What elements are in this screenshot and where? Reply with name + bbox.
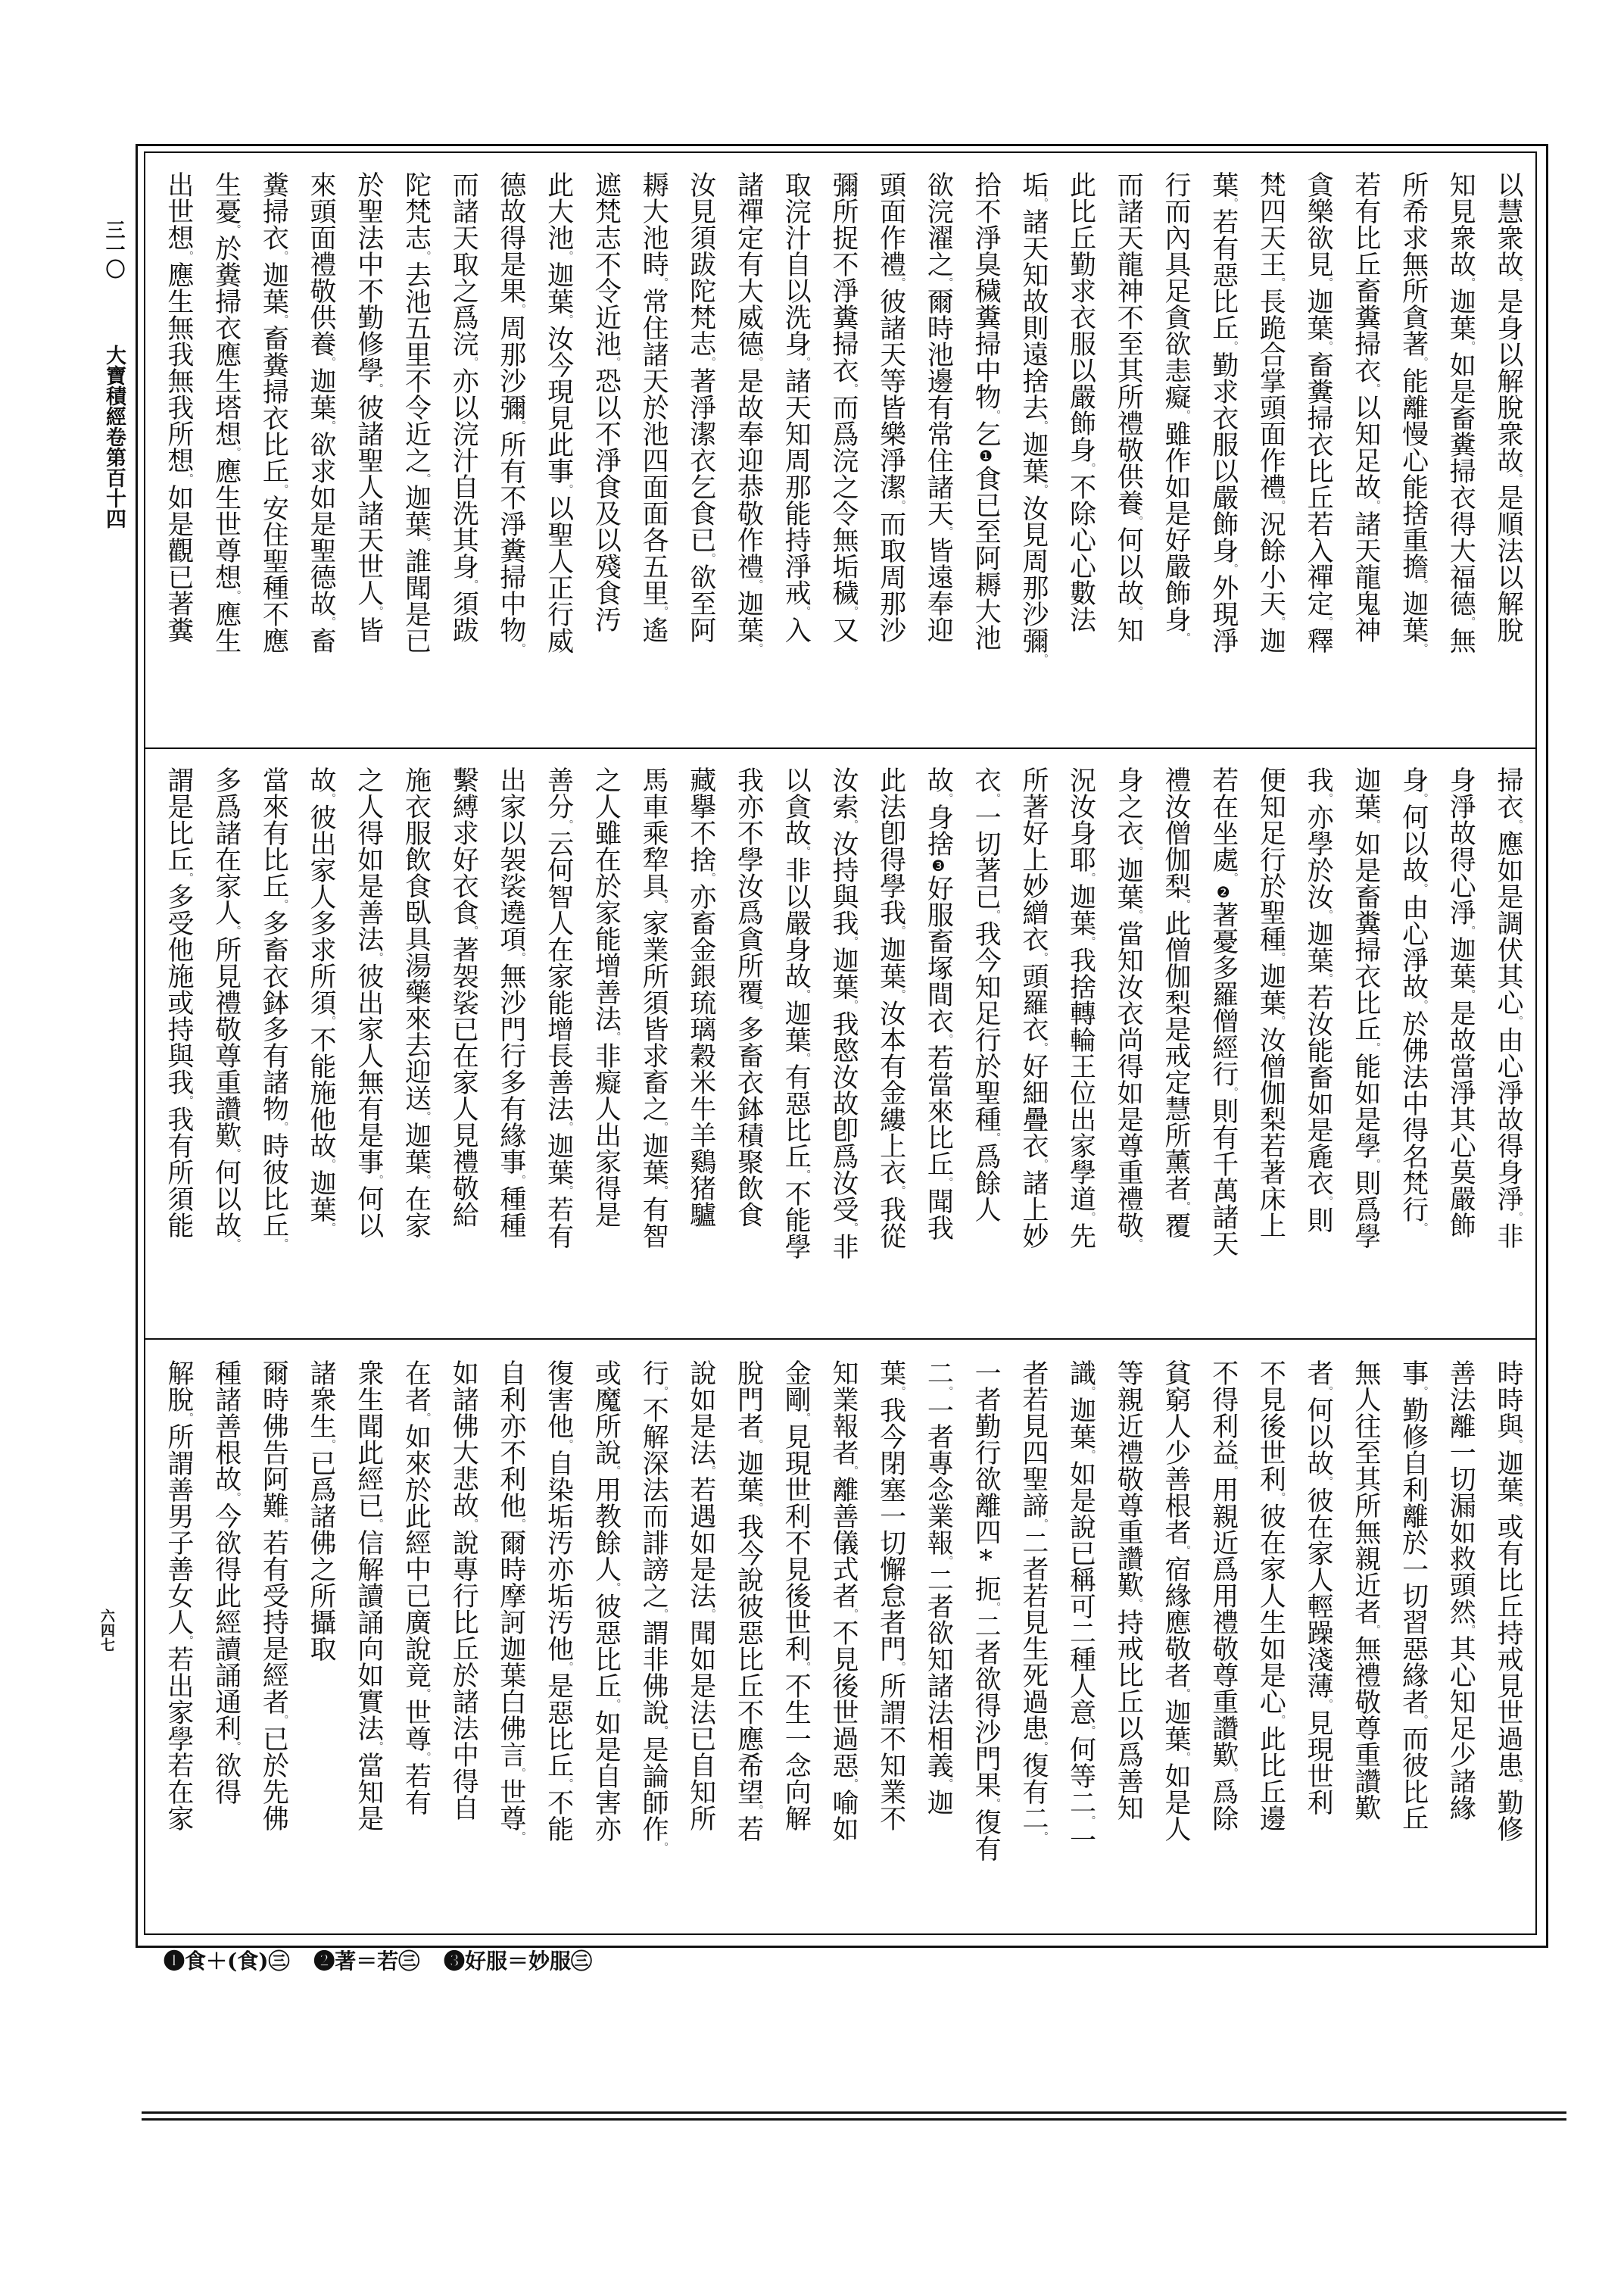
text-column: 謂是比丘。多受他施或持與我。我有所須能 — [154, 766, 202, 1328]
text-column: 多爲諸在家人。所見禮敬尊重讚歎。何以故。 — [202, 766, 250, 1328]
footnote-1: ❶食＋(食)㊂ — [164, 1949, 290, 1974]
text-column: 者若見四聖諦。二者若見生死過患。復有二。 — [1009, 1359, 1057, 1921]
text-column: 知業報者。離善儀式者。不見後世過惡。喻如 — [819, 1359, 867, 1921]
text-column: 頭面作禮。彼諸天等皆樂淨潔。而取周那沙 — [867, 171, 915, 739]
text-column: 當來有比丘。多畜衣鉢多有諸物。時彼比丘。 — [250, 766, 298, 1328]
bottom-rule-lower — [142, 2118, 1566, 2121]
text-column: 藏擧不捨。亦畜金銀琉璃穀米牛羊鷄猪驢 — [677, 766, 725, 1328]
text-column: 善分。云何智人在家能增長善法。迦葉。若有 — [535, 766, 582, 1328]
text-column: 陀梵志。去池五里不令近之。迦葉。誰聞是已 — [392, 171, 440, 739]
text-column: 汝索。汝持與我。迦葉。我愍汝故卽爲汝受。非 — [819, 766, 867, 1328]
text-column: 此比丘勤求衣服以嚴飾身。不除心心數法 — [1057, 171, 1105, 739]
text-column: 在者。如來於此經中已廣說竟。世尊。若有 — [392, 1359, 440, 1921]
text-column: 諸禪定有大威德。是故奉迎恭敬作禮。迦葉。 — [725, 171, 772, 739]
text-column: 施衣服飲食臥具湯藥來去迎送。迦葉。在家 — [392, 766, 440, 1328]
scripture-title: 大寶積經卷第百十四 — [101, 345, 126, 529]
text-column: 此法卽得學我。迦葉。汝本有金縷上衣。我從 — [867, 766, 915, 1328]
text-column: 而諸天取之爲浣。亦以浣汁自洗其身。須跋 — [439, 171, 487, 739]
text-column: 取浣汁自以洗身。諸天知周那能持淨戒。入 — [772, 171, 820, 739]
text-column: 身之衣。迦葉。當知汝衣尚得如是尊重禮敬。 — [1105, 766, 1152, 1328]
bottom-rule-upper — [142, 2111, 1566, 2114]
text-column: 之人得如是善法。彼出家人無有是事。何以 — [344, 766, 392, 1328]
volume-number: 三一〇 — [101, 220, 126, 279]
register-divider-lower — [145, 1338, 1535, 1340]
text-column: 於聖法中不勤修學。彼諸聖人諸天世人。皆 — [344, 171, 392, 739]
middle-register: 掃衣。應如是調伏其心。由心淨故得身淨。非 身淨故得心淨。迦葉。是故當淨其心莫嚴飾… — [154, 766, 1532, 1328]
text-column: 以慧衆故。是身以解脫衆故。是順法以解脫 — [1484, 171, 1532, 739]
text-column: 而諸天龍神不至其所禮敬供養。何以故。知 — [1105, 171, 1152, 739]
text-column: 行。不解深法而誹謗之。謂非佛說。是論師作。 — [629, 1359, 677, 1921]
text-column: 脫門者。迦葉。我今說彼惡比丘不應希望。若 — [725, 1359, 772, 1921]
text-column: 時時與。迦葉。或有比丘持戒見世過患。勤修 — [1484, 1359, 1532, 1921]
text-column: 葉。若有惡比丘。勤求衣服以嚴飾身。外現淨 — [1199, 171, 1247, 739]
text-column: 糞掃衣。迦葉。畜糞掃衣比丘。安住聖種不應 — [250, 171, 298, 739]
text-column: 爾時佛告阿難。若有受持是經者。已於先佛 — [250, 1359, 298, 1921]
text-column: 者。何以故。彼在家人輕躁淺薄。見現世利 — [1294, 1359, 1342, 1921]
text-column: 所著好上妙繒衣。頭羅衣。好細疊衣。諸上妙 — [1009, 766, 1057, 1328]
text-column: 自利亦不利他。爾時摩訶迦葉白佛言。世尊。 — [487, 1359, 535, 1921]
text-column: 如諸佛大悲故。說專行比丘於諸法中得自 — [439, 1359, 487, 1921]
text-column: 貪樂欲見。迦葉。畜糞掃衣比丘若入禪定。釋 — [1294, 171, 1342, 739]
text-column: 知見衆故。迦葉。如是畜糞掃衣得大福德。無 — [1437, 171, 1485, 739]
text-column: 況汝身耶。迦葉。我捨轉輪王位出家學道。先 — [1057, 766, 1105, 1328]
text-column: 掃衣。應如是調伏其心。由心淨故得身淨。非 — [1484, 766, 1532, 1328]
text-column: 葉。我今閉塞一切懈怠者門。所謂不知業不 — [867, 1359, 915, 1921]
text-column: 復害他。自染垢汚亦垢汚他。是惡比丘。不能 — [535, 1359, 582, 1921]
text-column: 行而內具足貪欲恚癡。雖作如是好嚴飾身。 — [1152, 171, 1199, 739]
text-column: 便知足行於聖種。迦葉。汝僧伽梨若著床上 — [1247, 766, 1295, 1328]
text-column: 故。彼出家人多求所須。不能施他故。迦葉。 — [297, 766, 344, 1328]
text-column: 出家以袈裟遶項。無沙門行多有緣事。種種 — [487, 766, 535, 1328]
text-column: 拾不淨臭穢糞掃中物。乞❶食已至阿耨大池 — [962, 171, 1009, 739]
text-column: 說如是法。若遇如是法。聞如是法已自知所 — [677, 1359, 725, 1921]
text-column: 諸衆生。已爲諸佛之所攝取 — [297, 1359, 344, 1921]
text-column: 等親近禮敬尊重讚歎。持戒比丘以爲善知 — [1105, 1359, 1152, 1921]
text-column: 馬車乘犂具。家業所須皆求畜之。迦葉。有智 — [629, 766, 677, 1328]
text-column: 禮汝僧伽梨。此僧伽梨是戒定慧所薰者。覆 — [1152, 766, 1199, 1328]
text-column: 善法離一切漏如救頭然。其心知足少諸緣 — [1437, 1359, 1485, 1921]
text-column: 若有比丘畜糞掃衣。以知足故。諸天龍鬼神 — [1342, 171, 1389, 739]
text-column: 彌所捉不淨糞掃衣。而爲浣之令無垢穢。又 — [819, 171, 867, 739]
page-number: 六四七 — [98, 1609, 115, 1652]
text-column: 若在坐處。❷著憂多羅僧經行。則有千萬諸天 — [1199, 766, 1247, 1328]
text-column: 解脫。所謂善男子善女人。若出家學若在家 — [154, 1359, 202, 1921]
text-column: 之人雖在於家能增善法。非癡人出家得是 — [582, 766, 630, 1328]
text-column: 欲浣濯之。爾時池邊有常住諸天。皆遠奉迎 — [915, 171, 962, 739]
text-column: 無人往至其所無親近者。無禮敬尊重讚歎 — [1342, 1359, 1389, 1921]
text-column: 梵四天王。長跪合掌頭面作禮。況餘小天。迦 — [1247, 171, 1295, 739]
text-column: 繫縛求好衣食。著袈裟已在家人見禮敬給 — [439, 766, 487, 1328]
text-column: 生憂。於糞掃衣應生塔想。應生世尊想。應生 — [202, 171, 250, 739]
footnotes: ❶食＋(食)㊂ ❷著＝若㊂ ❸好服＝妙服㊂ — [164, 1948, 609, 1975]
text-column: 我。亦學於汝。迦葉。若汝能畜如是麁衣。則 — [1294, 766, 1342, 1328]
text-column: 我亦不學汝爲貪所覆。多畜衣鉢積聚飲食 — [725, 766, 772, 1328]
text-column: 不見後世利。彼在家人生如是心。此比丘邊 — [1247, 1359, 1295, 1921]
text-column: 衆生聞此經已。信解讀誦向如實法。當知是 — [344, 1359, 392, 1921]
text-column: 遮梵志不令近池。恐以不淨食及以殘食汚 — [582, 171, 630, 739]
text-column: 身淨故得心淨。迦葉。是故當淨其心莫嚴飾 — [1437, 766, 1485, 1328]
text-column: 不得利益。用親近爲用禮敬尊重讚歎。爲除 — [1199, 1359, 1247, 1921]
text-column: 一者勤行欲離四*扼。二者欲得沙門果。復有 — [962, 1359, 1009, 1921]
text-column: 二。一者專念業報。二者欲知諸法相義。迦 — [915, 1359, 962, 1921]
text-column: 故。身捨❸好服畜塚間衣。若當來比丘。聞我 — [915, 766, 962, 1328]
text-column: 金剛。見現世利不見後世利。不生一念向解 — [772, 1359, 820, 1921]
text-column: 識。迦葉。如是說已稱可二種人意。何等二。一 — [1057, 1359, 1105, 1921]
lower-register: 時時與。迦葉。或有比丘持戒見世過患。勤修 善法離一切漏如救頭然。其心知足少諸緣 … — [154, 1359, 1532, 1921]
text-column: 德故得是果。周那沙彌。所有不淨糞掃中物。 — [487, 171, 535, 739]
text-column: 以貪故。非以嚴身故。迦葉。有惡比丘。不能學 — [772, 766, 820, 1328]
text-column: 耨大池時。常住諸天於池四面面各五里。遙 — [629, 171, 677, 739]
text-column: 所希求無所貪著。能離慢心能捨重擔。迦葉。 — [1389, 171, 1437, 739]
text-column: 垢。諸天知故則遠捨去。迦葉。汝見周那沙彌。 — [1009, 171, 1057, 739]
text-column: 種諸善根故。今欲得此經讀誦通利。欲得 — [202, 1359, 250, 1921]
text-column: 汝見須跋陀梵志。著淨潔衣乞食已。欲至阿 — [677, 171, 725, 739]
text-column: 來頭面禮敬供養。迦葉。欲求如是聖德故。畜 — [297, 171, 344, 739]
text-column: 或魔所說。用教餘人。彼惡比丘。如是自害亦 — [582, 1359, 630, 1921]
footnote-3: ❸好服＝妙服㊂ — [444, 1949, 592, 1974]
text-column: 事。勤修自利離於一切習惡緣者。而彼比丘 — [1389, 1359, 1437, 1921]
register-divider-upper — [145, 747, 1535, 749]
text-column: 迦葉。如是畜糞掃衣比丘。能如是學。則爲學 — [1342, 766, 1389, 1328]
text-column: 衣。一切著已。我今知足行於聖種。爲餘人 — [962, 766, 1009, 1328]
text-column: 貧窮人少善根者。宿緣應敬者。迦葉。如是人 — [1152, 1359, 1199, 1921]
text-column: 身。何以故。由心淨故。於佛法中得名梵行。 — [1389, 766, 1437, 1328]
text-column: 此大池。迦葉。汝今現見此事。以聖人正行威 — [535, 171, 582, 739]
footnote-2: ❷著＝若㊂ — [313, 1949, 419, 1974]
upper-register: 以慧衆故。是身以解脫衆故。是順法以解脫 知見衆故。迦葉。如是畜糞掃衣得大福德。無… — [154, 171, 1532, 739]
text-column: 出世想。應生無我無我所想。如是觀已著糞 — [154, 171, 202, 739]
